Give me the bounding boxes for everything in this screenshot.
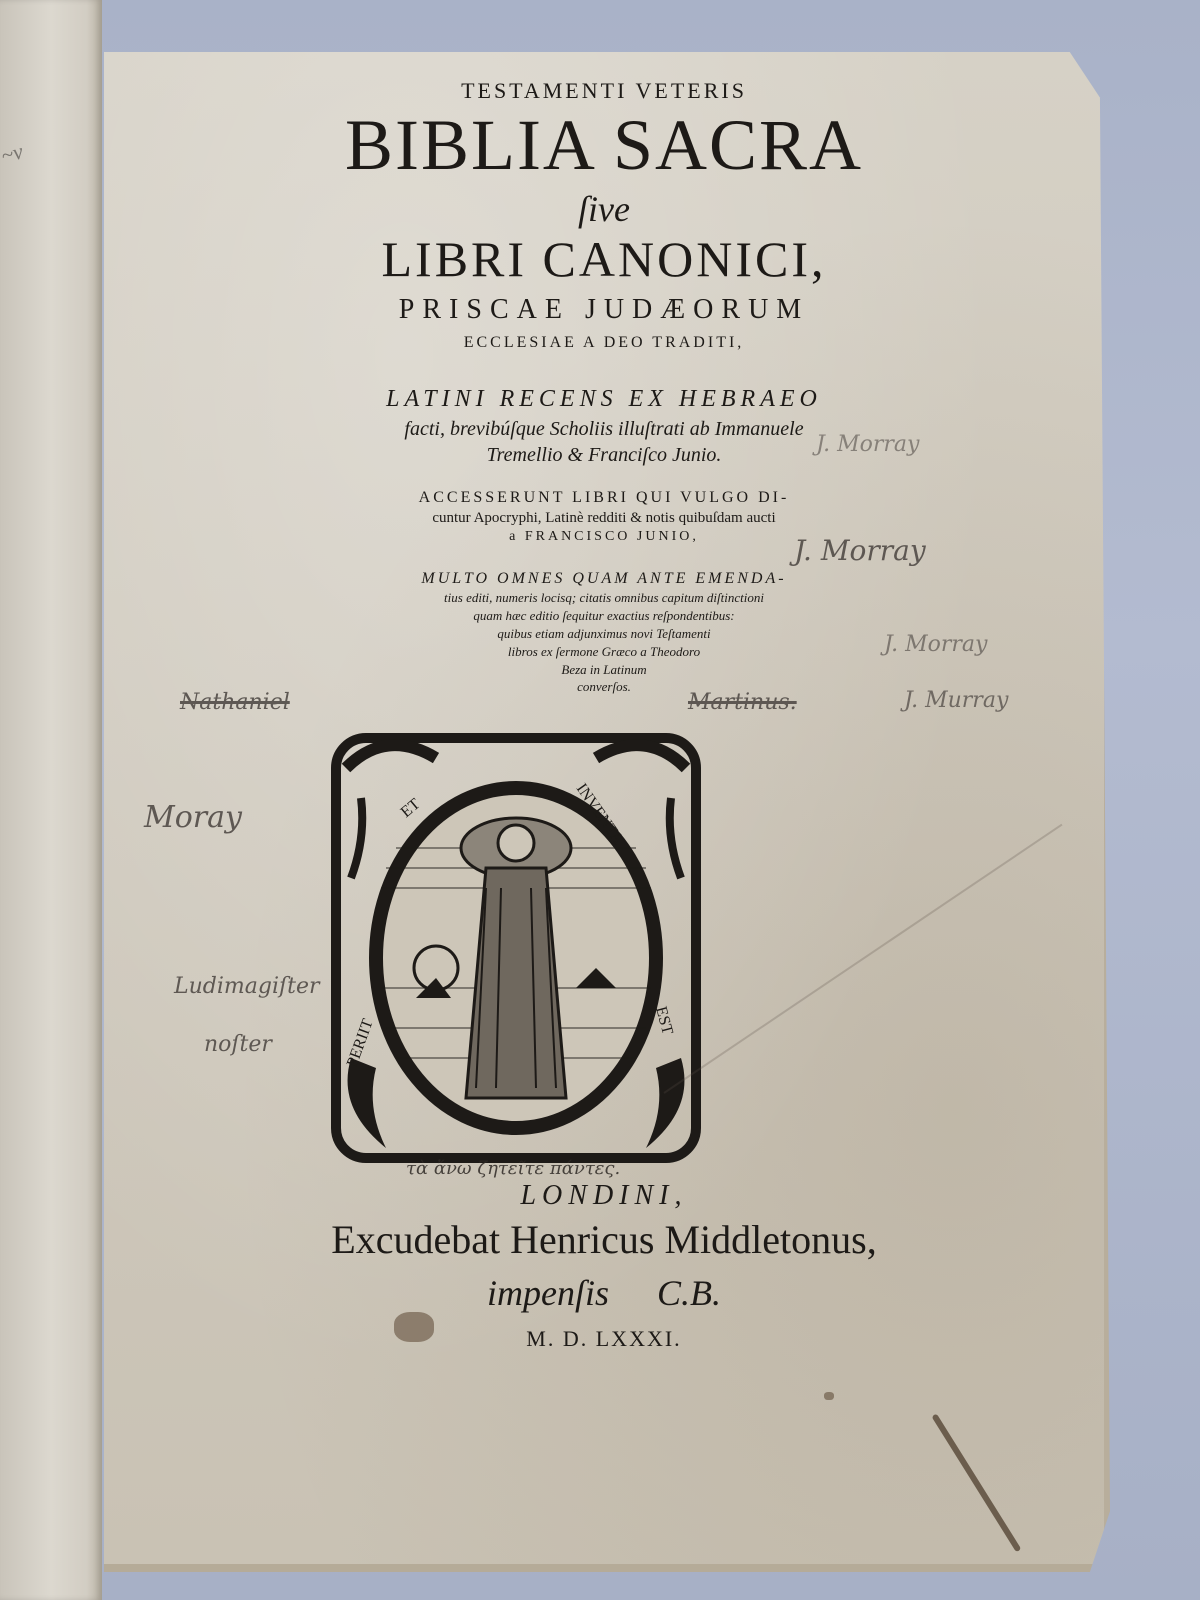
ink-bleed-mark: ~v — [0, 134, 50, 193]
printers-device-woodcut: ET INVENTA PERIIT EST — [326, 728, 706, 1168]
facing-page-edge: ~v — [0, 0, 102, 1600]
note-ludimagister: Ludimagiſter — [174, 974, 320, 999]
greek-annotation: τὰ ἄνω ζητεῖτε πάντες. — [406, 1158, 620, 1179]
imprint-date: M. D. LXXXI. — [104, 1326, 1104, 1352]
block1-line1: LATINI RECENS EX HEBRAEO — [104, 386, 1104, 413]
signature-right-1: J. Morray — [816, 432, 919, 457]
svg-text:PERIIT: PERIIT — [344, 1017, 377, 1070]
imprint-impensis: impenſis — [487, 1273, 609, 1313]
signature-right-4: J. Murray — [904, 688, 1008, 713]
block2-line1: ACCESSERUNT LIBRI QUI VULGO DI- — [104, 489, 1104, 507]
title-priscae-judaeorum: PRISCAE JUDÆORUM — [104, 294, 1104, 326]
title-line-testamenti: TESTAMENTI VETERIS — [104, 78, 1104, 104]
block2-line2: cuntur Apocryphi, Latinè redditi & notis… — [104, 510, 1104, 527]
page-crack — [931, 1413, 1021, 1552]
imprint-initials: C.B. — [657, 1273, 721, 1313]
title-ecclesiae: ECCLESIAE A DEO TRADITI, — [104, 334, 1104, 352]
title-libri-canonici: LIBRI CANONICI, — [104, 230, 1104, 288]
block3-line1: MULTO OMNES QUAM ANTE EMENDA- — [104, 570, 1104, 588]
good-shepherd-emblem-icon: ET INVENTA PERIIT EST — [326, 728, 706, 1168]
handwritten-struck-martinus: Martinus. — [688, 690, 797, 715]
block2-line3: a FRANCISCO JUNIO, — [104, 529, 1104, 545]
signature-right-3: J. Morray — [884, 632, 987, 657]
title-page: TESTAMENTI VETERIS BIBLIA SACRA ſive LIB… — [104, 52, 1110, 1572]
signature-right-2: J. Morray — [794, 534, 926, 567]
block1-line2: facti, brevibúſque Scholiis illuſtrati a… — [104, 418, 1104, 441]
block3-line3: quam hæc editio ſequitur exactius reſpon… — [104, 608, 1104, 624]
svg-text:EST: EST — [652, 1005, 676, 1037]
block3-line2: tius editi, numeris locisq; citatis omni… — [104, 590, 1104, 606]
svg-text:ET: ET — [398, 795, 424, 821]
block1-line3: Tremellio & Franciſco Junio. — [104, 444, 1104, 467]
stain-mark — [824, 1392, 834, 1400]
imprint-printer: Excudebat Henricus Middletonus, — [104, 1216, 1104, 1263]
imprint-place: LONDINI, — [104, 1180, 1104, 1212]
block3-line6: Beza in Latinum — [104, 662, 1104, 678]
note-noster: noſter — [204, 1032, 272, 1057]
title-sive: ſive — [104, 188, 1104, 230]
imprint-expense: impenſis C.B. — [104, 1272, 1104, 1314]
handwritten-struck-nathaniel: Nathaniel — [180, 690, 290, 715]
signature-left-moray: Moray — [144, 800, 242, 835]
title-biblia-sacra: BIBLIA SACRA — [104, 104, 1104, 187]
